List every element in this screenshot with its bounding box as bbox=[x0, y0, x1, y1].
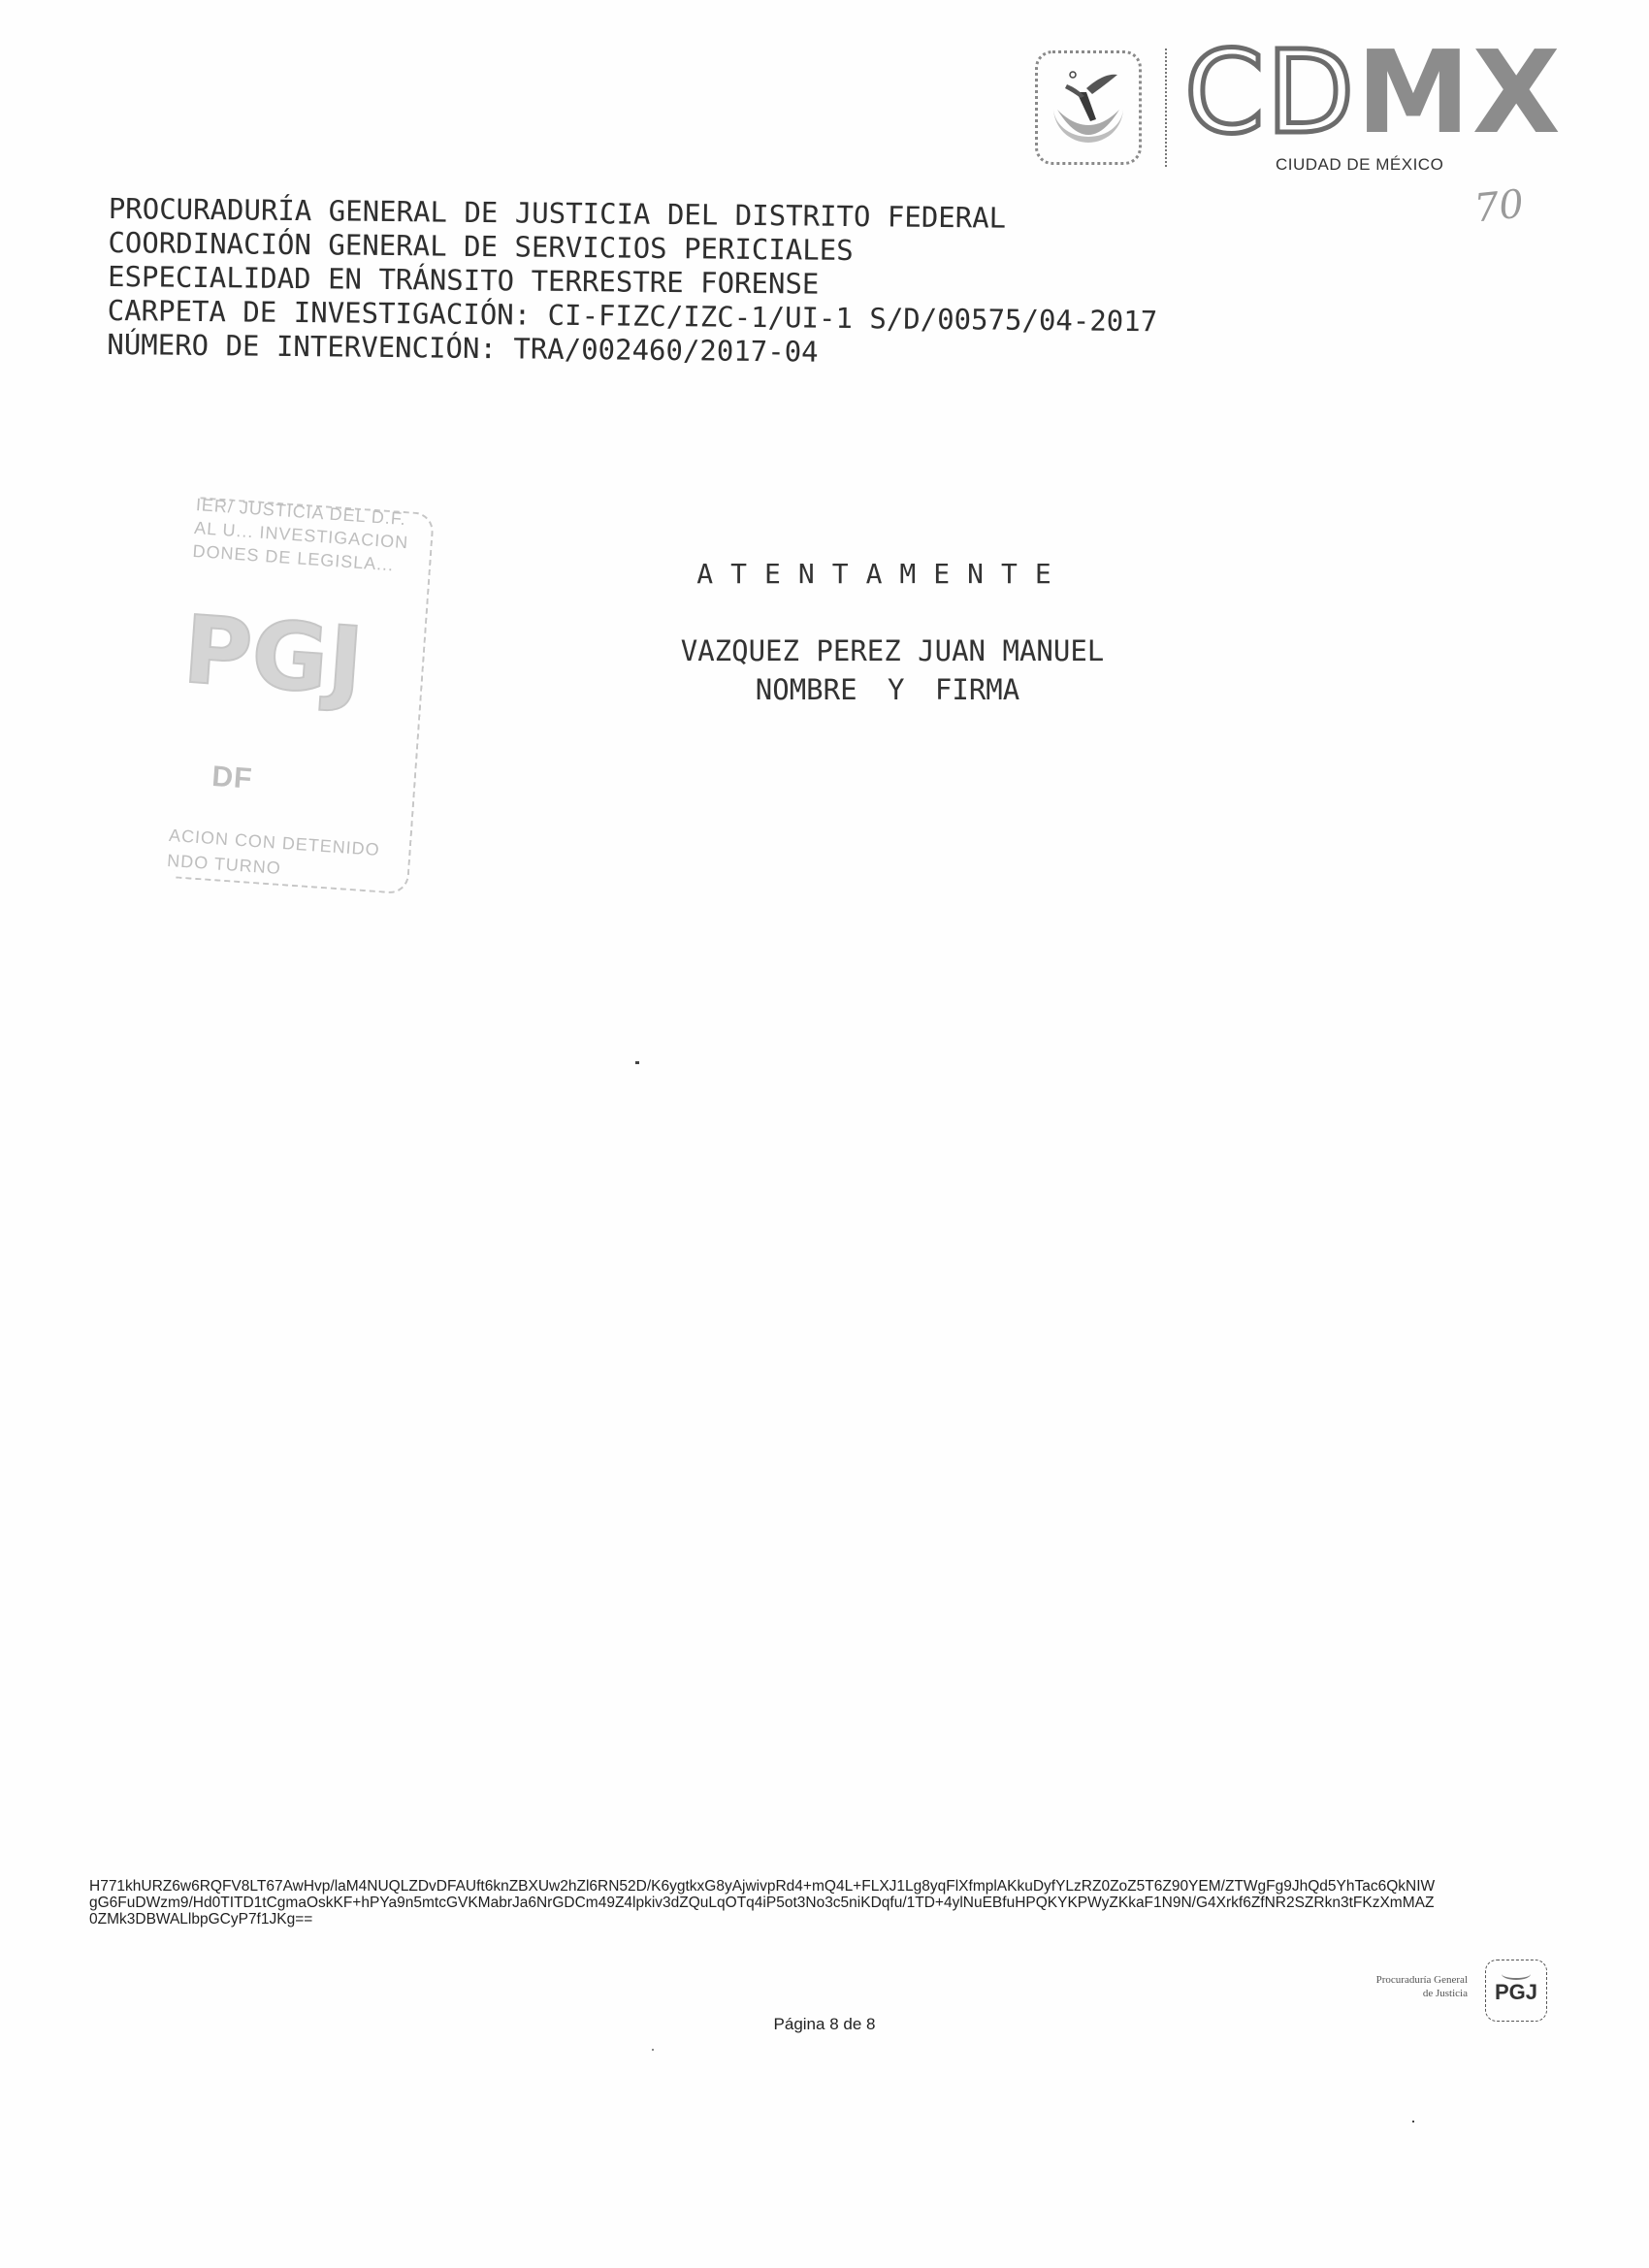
hash-line: 0ZMk3DBWALlbpGCyP7f1JKg== bbox=[89, 1911, 1533, 1928]
stamp-logo-sub: DF bbox=[210, 761, 253, 796]
electronic-signature-hash: H771khURZ6w6RQFV8LT67AwHvp/laM4NUQLZDvDF… bbox=[89, 1878, 1533, 1928]
scan-speck bbox=[1412, 2121, 1414, 2122]
cdmx-wordmark: CDMX bbox=[1184, 35, 1563, 149]
pgj-caption-line: de Justicia bbox=[1376, 1987, 1468, 2000]
document-header: PROCURADURÍA GENERAL DE JUSTICIA DEL DIS… bbox=[107, 192, 1158, 373]
scan-speck bbox=[652, 2049, 654, 2051]
wordmark-light: CD bbox=[1184, 25, 1356, 159]
pgj-caption: Procuraduría General de Justicia bbox=[1376, 1973, 1468, 2000]
scan-speck bbox=[635, 1061, 639, 1064]
pgj-arc bbox=[1502, 1968, 1531, 1980]
pgj-logo-icon: PGJ bbox=[1485, 1960, 1547, 2022]
pgj-mark: PGJ bbox=[1486, 1980, 1546, 2005]
logo-divider bbox=[1165, 49, 1167, 167]
page-number: Página 8 de 8 bbox=[0, 2015, 1649, 2034]
cdmx-logo: CDMX CIUDAD DE MÉXICO bbox=[1031, 47, 1574, 182]
closing-salutation: ATENTAMENTE bbox=[0, 558, 1649, 590]
cdmx-subtitle: CIUDAD DE MÉXICO bbox=[1276, 155, 1443, 175]
hash-line: gG6FuDWzm9/Hd0TITD1tCgmaOskKF+hPYa9n5mtc… bbox=[89, 1895, 1533, 1911]
hash-line: H771khURZ6w6RQFV8LT67AwHvp/laM4NUQLZDvDF… bbox=[89, 1878, 1533, 1895]
handwritten-folio-number: 70 bbox=[1472, 181, 1526, 231]
pgj-caption-line: Procuraduría General bbox=[1376, 1973, 1468, 1987]
page-number-label: Página 8 de 8 bbox=[774, 2015, 876, 2033]
signature-label: NOMBRE Y FIRMA bbox=[0, 673, 1649, 706]
signer-name: VAZQUEZ PEREZ JUAN MANUEL bbox=[0, 634, 1649, 667]
document-page: CDMX CIUDAD DE MÉXICO 70 PROCURADURÍA GE… bbox=[0, 0, 1649, 2268]
angel-emblem-icon bbox=[1035, 50, 1142, 165]
wordmark-bold: MX bbox=[1356, 25, 1562, 159]
